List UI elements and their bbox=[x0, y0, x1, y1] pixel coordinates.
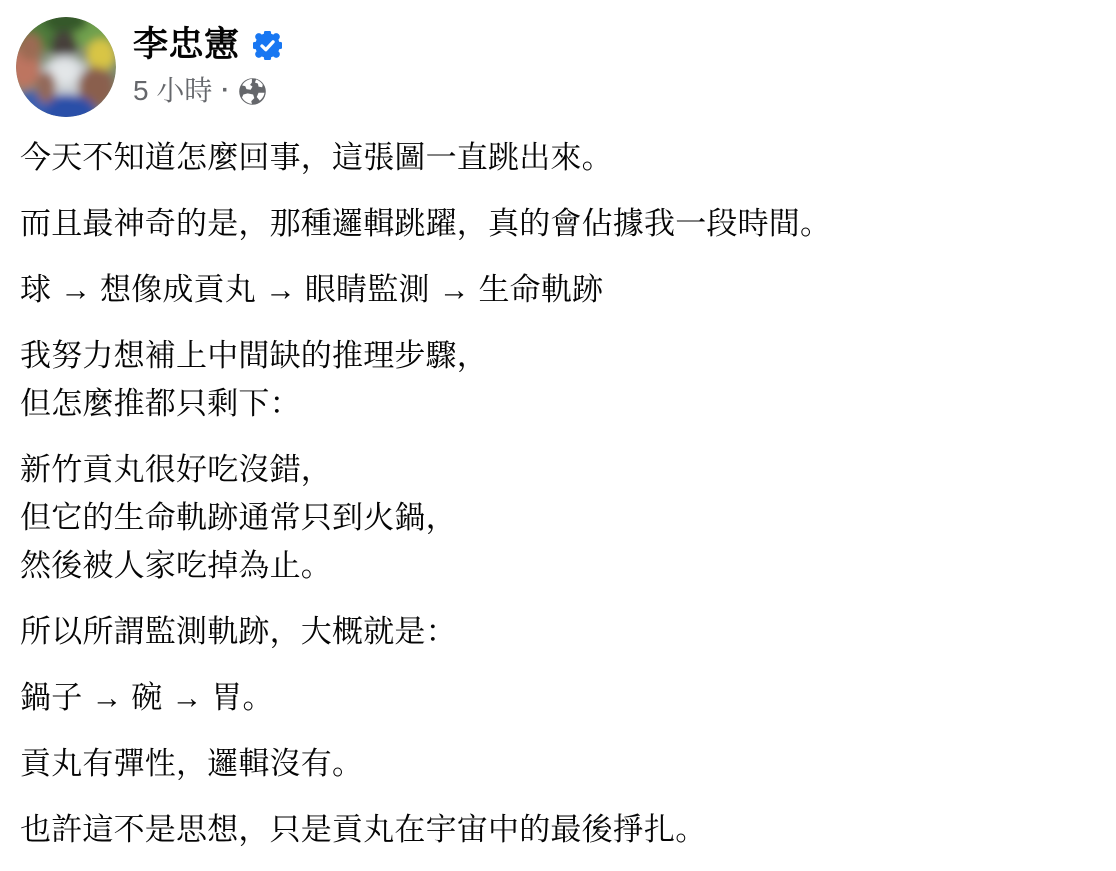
post-paragraph: 貢丸有彈性，邏輯沒有。 bbox=[20, 740, 1092, 788]
profile-photo bbox=[16, 17, 116, 117]
post-paragraph: 我努力想補上中間缺的推理步驟， 但怎麼推都只剩下： bbox=[20, 332, 1092, 428]
avatar[interactable] bbox=[16, 17, 116, 117]
post-paragraph: 今天不知道怎麼回事，這張圖一直跳出來。 bbox=[20, 134, 1092, 182]
post-paragraph: 也許這不是思想，只是貢丸在宇宙中的最後掙扎。 bbox=[20, 806, 1092, 854]
header-text: 李忠憲 bbox=[133, 17, 282, 109]
meta-separator: · bbox=[221, 73, 229, 109]
facebook-post: 李忠憲 bbox=[0, 0, 1116, 871]
meta-row: 5 小時 · bbox=[133, 73, 282, 109]
name-row: 李忠憲 bbox=[133, 23, 282, 67]
post-paragraph: 而且最神奇的是，那種邏輯跳躍，真的會佔據我一段時間。 bbox=[20, 200, 1092, 248]
post-paragraph: 鍋子 → 碗 → 胃。 bbox=[20, 674, 1092, 722]
post-timestamp[interactable]: 5 小時 bbox=[133, 73, 212, 109]
author-name[interactable]: 李忠憲 bbox=[133, 23, 240, 67]
post-paragraph: 球 → 想像成貢丸 → 眼睛監測 → 生命軌跡 bbox=[20, 266, 1092, 314]
verified-badge-icon bbox=[253, 31, 282, 60]
globe-icon bbox=[238, 77, 267, 106]
post-body: 今天不知道怎麼回事，這張圖一直跳出來。 而且最神奇的是，那種邏輯跳躍，真的會佔據… bbox=[20, 134, 1092, 854]
post-header: 李忠憲 bbox=[16, 17, 1092, 117]
post-paragraph: 新竹貢丸很好吃沒錯， 但它的生命軌跡通常只到火鍋， 然後被人家吃掉為止。 bbox=[20, 446, 1092, 590]
post-paragraph: 所以所謂監測軌跡，大概就是： bbox=[20, 608, 1092, 656]
